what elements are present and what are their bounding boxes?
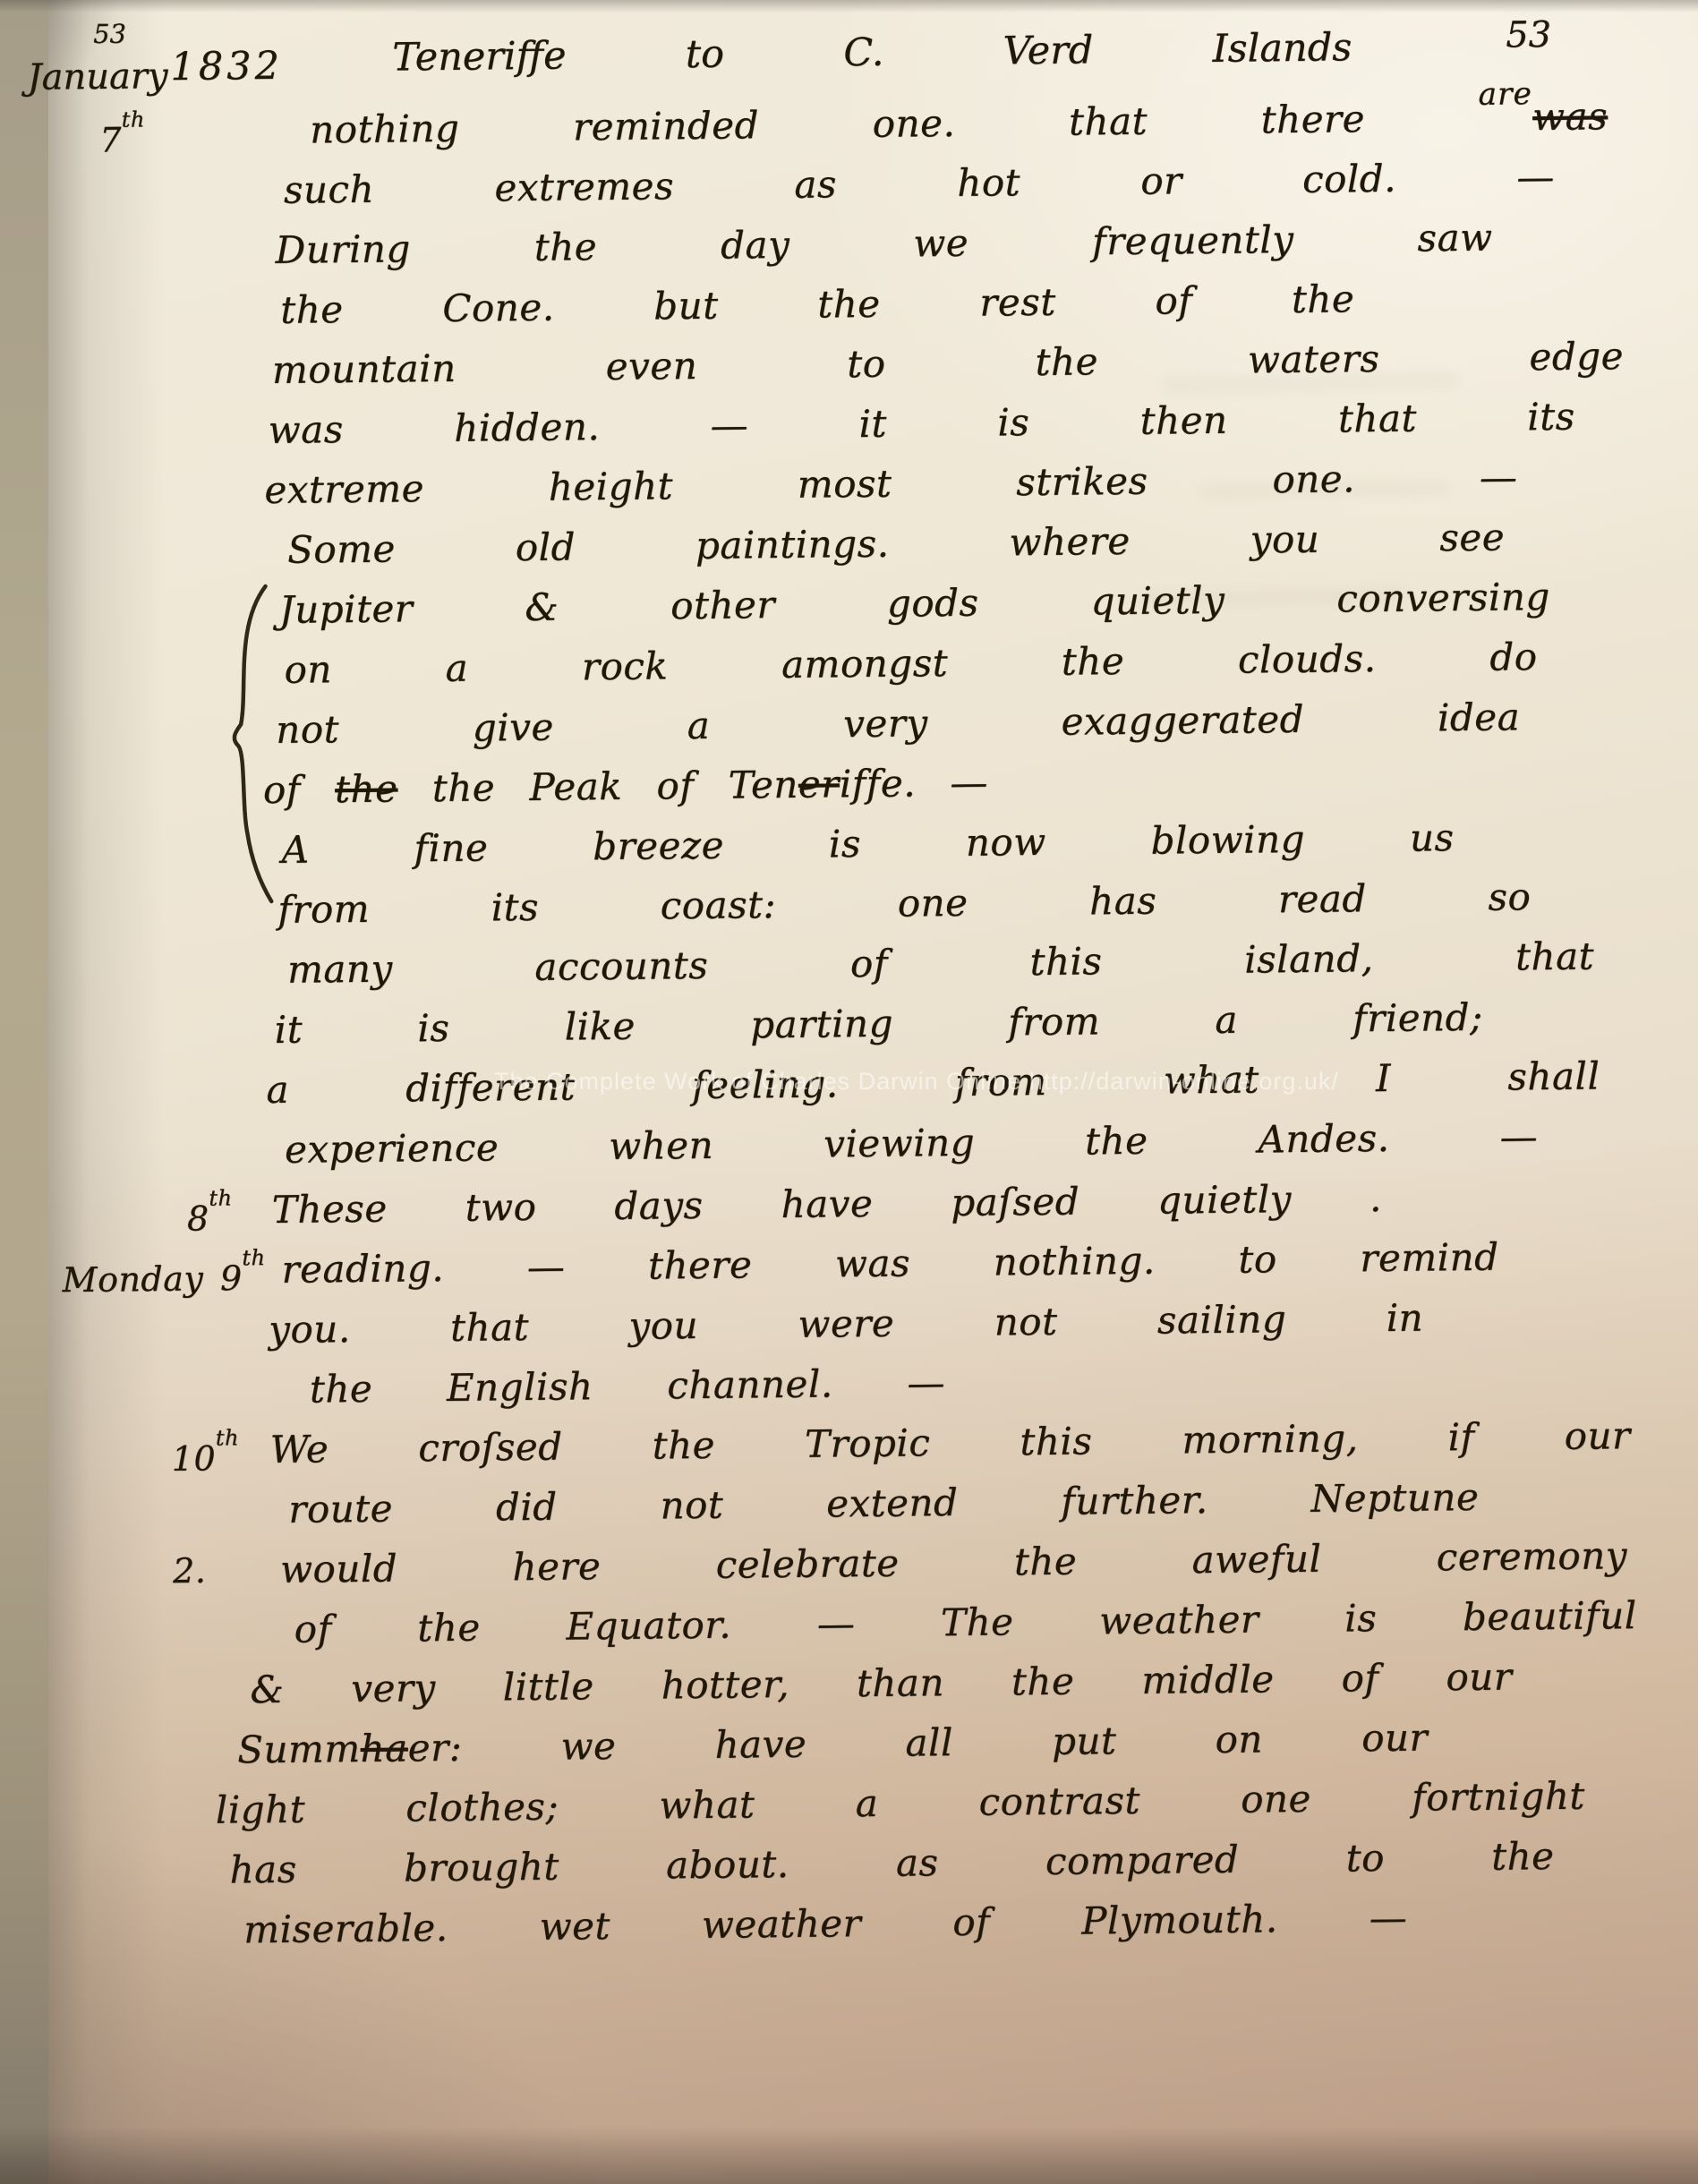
text-segment: These two days have paſsed quietly .	[272, 1176, 1382, 1232]
page-header: 53 January 1832 Teneriffe to C. Verd Isl…	[9, 10, 1675, 90]
text-segment: the Peak of Ten	[397, 763, 798, 811]
struck-word: was	[1532, 94, 1608, 139]
text-segment: from its coast: one has read so	[277, 874, 1531, 932]
text-segment: many accounts of this island, that	[287, 934, 1594, 992]
text-segment: of the Equator. — The weather is beautif…	[294, 1593, 1637, 1651]
text-segment: Some old paintings. where you see	[287, 516, 1505, 572]
text-segment: extreme height most strikes one. —	[264, 455, 1517, 512]
text-segment: mountain even to the waters edge	[272, 334, 1624, 392]
text-segment: experience when viewing the Andes. —	[285, 1114, 1538, 1172]
margin-date: 8th	[187, 1184, 233, 1244]
text-segment: iffe. —	[840, 761, 989, 806]
text-segment: & very little hotter, than the middle of…	[250, 1655, 1512, 1712]
text-segment: has brought about. as compared to the	[229, 1834, 1554, 1891]
text-segment: the Cone. but the rest of the	[280, 277, 1354, 332]
page-top-shadow	[0, 0, 1698, 13]
struck-word: ha	[360, 1726, 408, 1770]
margin-date: 7th	[99, 106, 145, 166]
text-segment: nothing reminded one. that there	[310, 96, 1479, 152]
text-segment: it is like parting from a friend;	[274, 995, 1482, 1052]
struck-word: the	[335, 766, 398, 811]
text-segment: not give a very exaggerated idea	[276, 695, 1520, 752]
text-segment: Summ	[237, 1727, 361, 1771]
text-segment: A fine breeze is now blowing us	[281, 815, 1454, 872]
text-segment: you. that you were not sailing in	[269, 1296, 1423, 1352]
manuscript-text: 7thnothing reminded one. that there arew…	[10, 90, 1694, 1966]
text-segment: We croſsed the Tropic this morning, if o…	[269, 1413, 1630, 1472]
inserted-page-ref: 53	[93, 19, 126, 49]
text-line: the English channel. —	[310, 1357, 946, 1423]
text-segment: During the day we frequently saw	[275, 216, 1492, 272]
text-line: not give a very exaggerated idea	[276, 691, 1521, 764]
text-segment: on a rock amongst the clouds. do	[284, 635, 1537, 692]
text-segment: er: we have all put on our	[407, 1716, 1428, 1770]
page-bottom-shadow	[0, 2127, 1698, 2184]
margin-date: 10th	[171, 1424, 239, 1484]
year-label: 1832	[170, 44, 283, 90]
text-line: you. that you were not sailing in	[269, 1292, 1424, 1365]
text-line: miserable. wet weather of Plymouth. —	[243, 1892, 1408, 1965]
text-line: of the the Peak of Teneriffe. —	[263, 757, 989, 824]
manuscript-page: 53 January 1832 Teneriffe to C. Verd Isl…	[0, 0, 1698, 2184]
month-label: January	[27, 55, 167, 98]
text-segment: the English channel. —	[310, 1361, 945, 1411]
margin-date: Monday 9th	[62, 1244, 266, 1306]
text-segment: reading. — there was nothing. to remind	[281, 1235, 1498, 1292]
watermark: The Complete Work of Charles Darwin Onli…	[494, 1068, 1339, 1096]
text-segment: Jupiter & other gods quietly conversing	[279, 575, 1550, 632]
text-segment: light clothes; what a contrast one fortn…	[216, 1774, 1585, 1832]
text-segment: miserable. wet weather of Plymouth. —	[243, 1896, 1407, 1952]
page-content: 53 January 1832 Teneriffe to C. Verd Isl…	[9, 10, 1694, 1966]
struck-word: er	[798, 762, 840, 806]
margin-date: 2.	[173, 1545, 207, 1597]
text-segment: route did not extend further. Neptune	[288, 1475, 1479, 1531]
text-line: the Cone. but the rest of the	[280, 273, 1355, 345]
header-title: Teneriffe to C. Verd Islands	[392, 25, 1352, 80]
margin-brace-icon	[219, 581, 277, 913]
text-segment: such extremes as hot or cold. —	[284, 155, 1555, 212]
text-segment: was hidden. — it is then that its	[268, 395, 1574, 452]
page-number: 53	[1506, 14, 1551, 56]
inserted-word: are	[1478, 76, 1532, 113]
text-segment: would here celebrate the aweful ceremony	[280, 1533, 1627, 1591]
